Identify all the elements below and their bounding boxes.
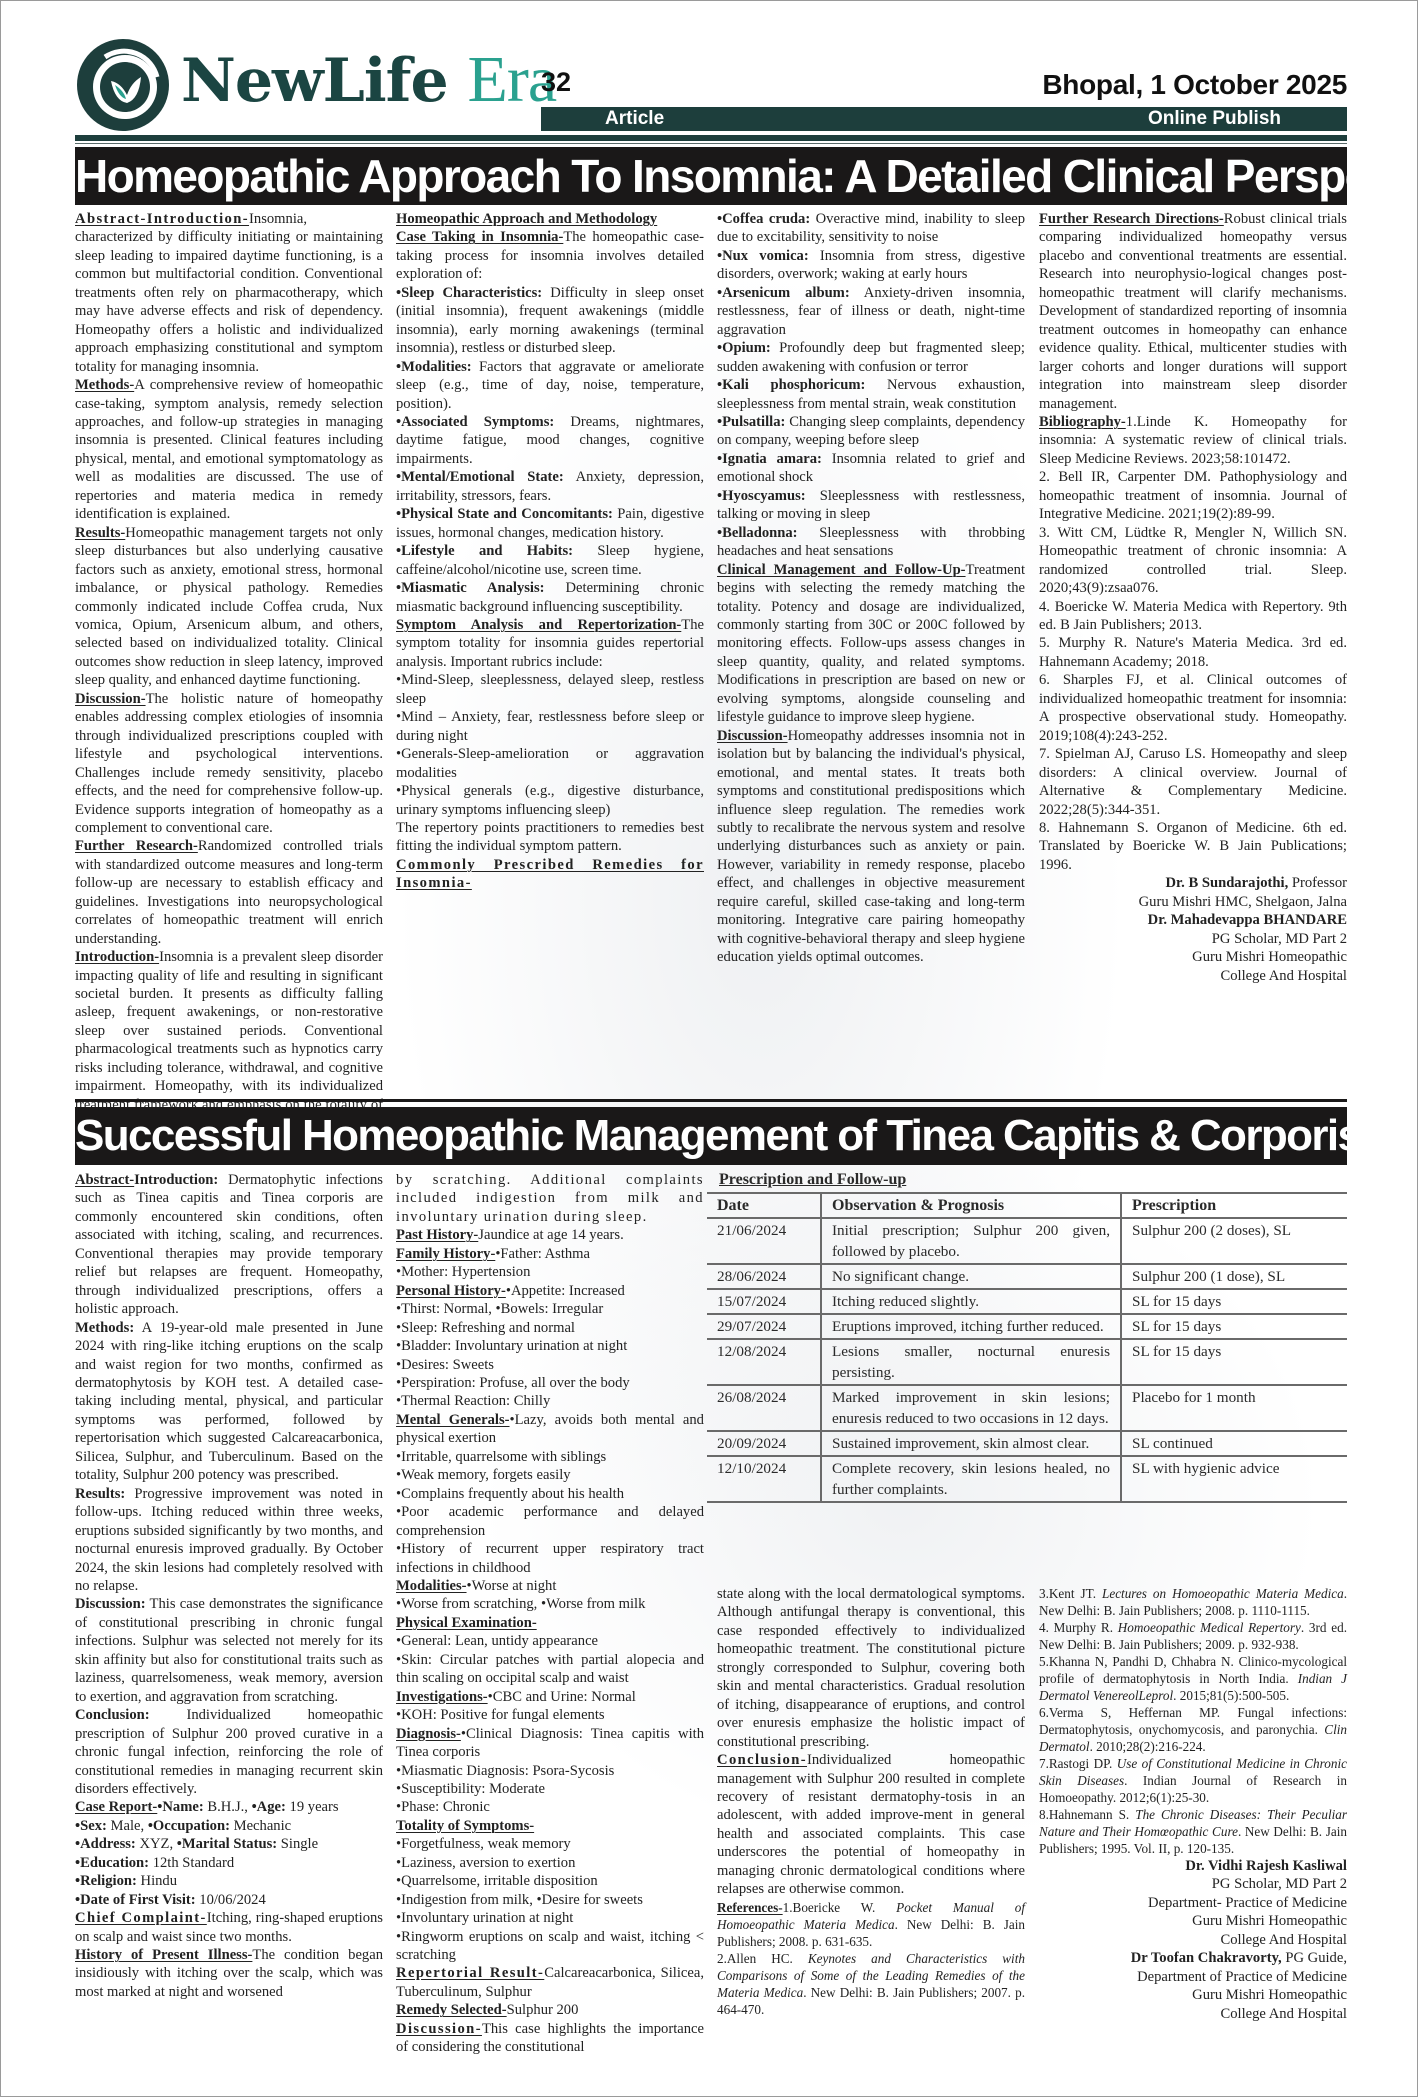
list-item: •History of recurrent upper respiratory … [396, 1540, 704, 1577]
item-label: •Sleep Characteristics: [396, 285, 542, 301]
list-item: 4. Boericke W. Materia Medica with Reper… [1039, 598, 1347, 635]
section: Modalities-•Worse at night [396, 1577, 704, 1595]
further-research-heading: Further Research- [75, 838, 198, 854]
article-separator [75, 1099, 1347, 1102]
discussion2-continued: state along with the local dermatologica… [717, 1585, 1025, 1751]
references-list-continued: 3.Kent JT. Lectures on Homoeopathic Mate… [1039, 1585, 1347, 1857]
list-item: •Hyoscyamus: Sleeplessness with restless… [717, 487, 1025, 524]
table-row: 21/06/2024Initial prescription; Sulphur … [707, 1218, 1347, 1264]
conclusion2-heading: Conclusion- [717, 1752, 807, 1768]
field-value: Mechanic [230, 1818, 291, 1834]
ref-text: 4. Murphy R. [1039, 1620, 1118, 1635]
field-label: •Address: [75, 1836, 136, 1852]
item-label: •Belladonna: [717, 525, 798, 541]
table-row: 29/07/2024Eruptions improved, itching fu… [707, 1314, 1347, 1339]
masthead-rule [75, 135, 1347, 141]
author-line: College And Hospital [1039, 2005, 1347, 2023]
hpi-continued: by scratching. Additional complaints inc… [396, 1171, 704, 1226]
article2-column-1: Abstract-Introduction: Dermatophytic inf… [75, 1171, 383, 2001]
references-heading: References- [717, 1900, 783, 1915]
cell-date: 28/06/2024 [707, 1264, 821, 1289]
reference-item: 2.Allen HC. Keynotes and Characteristics… [717, 1950, 1025, 2018]
article1-column-1: Abstract-Introduction-Insomnia, characte… [75, 210, 383, 1151]
list-item: •Opium: Profoundly deep but fragmented s… [717, 339, 1025, 376]
ref-text: 2.Allen HC. [717, 1951, 808, 1966]
author-role: PG Scholar, MD Part 2 [1212, 1876, 1347, 1892]
author-line: Dr. B Sundarajothi, Professor [1039, 874, 1347, 892]
cell-observation: Complete recovery, skin lesions healed, … [821, 1456, 1121, 1502]
cell-prescription: Sulphur 200 (2 doses), SL [1121, 1218, 1347, 1264]
author-role: College And Hospital [1221, 968, 1347, 984]
ref-text: . 2015;81(5):500-505. [1173, 1688, 1289, 1703]
item-label: •Miasmatic Analysis: [396, 580, 545, 596]
list-item: •Phase: Chronic [396, 1798, 704, 1816]
results-heading: Results- [75, 525, 125, 541]
author-name: Dr. B Sundarajothi, [1165, 875, 1288, 891]
section: Mental Generals-•Lazy, avoids both menta… [396, 1411, 704, 1448]
reference-item: 4. Murphy R. Homoeopathic Medical Repert… [1039, 1619, 1347, 1653]
author-role: Guru Mishri HMC, Shelgaon, Jalna [1139, 894, 1347, 910]
ref-text: 8.Hahnemann S. [1039, 1807, 1135, 1822]
section-heading: Family History- [396, 1246, 495, 1262]
cell-prescription: SL for 15 days [1121, 1339, 1347, 1385]
prescription-table: Date Observation & Prognosis Prescriptio… [707, 1192, 1347, 1503]
list-item: •Coffea cruda: Overactive mind, inabilit… [717, 210, 1025, 247]
case-field-row: •Education: 12th Standard [75, 1854, 383, 1872]
section: Diagnosis-•Clinical Diagnosis: Tinea cap… [396, 1725, 704, 1762]
cell-date: 12/08/2024 [707, 1339, 821, 1385]
list-item: •Ringworm eruptions on scalp and waist, … [396, 1928, 704, 1965]
author-role: College And Hospital [1221, 2006, 1347, 2022]
cell-date: 21/06/2024 [707, 1218, 821, 1264]
author-name: Dr Toofan Chakravorty, [1131, 1950, 1282, 1966]
list-item: •Indigestion from milk, •Desire for swee… [396, 1891, 704, 1909]
case-field-row: •Religion: Hindu [75, 1872, 383, 1890]
list-item: •Belladonna: Sleeplessness with throbbin… [717, 524, 1025, 561]
future-research-heading: Further Research Directions- [1039, 211, 1224, 227]
brand-main: NewLife [181, 46, 448, 116]
list-item: •Desires: Sweets [396, 1356, 704, 1374]
author-role: Guru Mishri Homeopathic [1192, 1987, 1347, 2003]
section: Repertorial Result-Calcareacarbonica, Si… [396, 1964, 704, 2001]
item-label: •Lifestyle and Habits: [396, 543, 573, 559]
list-item: •Nux vomica: Insomnia from stress, diges… [717, 247, 1025, 284]
methods-text: A 19-year-old male presented in June 202… [75, 1320, 383, 1484]
author-line: Dr Toofan Chakravorty, PG Guide, [1039, 1949, 1347, 1967]
list-item: 2. Bell IR, Carpenter DM. Pathophysiolog… [1039, 468, 1347, 523]
bibliography-heading: Bibliography- [1039, 414, 1126, 430]
list-item: •Poor academic performance and delayed c… [396, 1503, 704, 1540]
header-prescription: Prescription [1121, 1193, 1347, 1218]
list-item: •Forgetfulness, weak memory [396, 1835, 704, 1853]
list-item: •Laziness, aversion to exertion [396, 1854, 704, 1872]
field-label: •Age: [252, 1799, 286, 1815]
article2-column-2: by scratching. Additional complaints inc… [396, 1171, 704, 2057]
list-item: •Miasmatic Diagnosis: Psora-Sycosis [396, 1762, 704, 1780]
chief-complaint-heading: Chief Complaint- [75, 1910, 207, 1926]
author-role: Department- Practice of Medicine [1148, 1895, 1347, 1911]
author-name: Dr. Mahadevappa BHANDARE [1148, 912, 1347, 928]
list-item: •Associated Symptoms: Dreams, nightmares… [396, 413, 704, 468]
item-label: •Hyoscyamus: [717, 488, 806, 504]
introduction-label: Introduction: [134, 1172, 218, 1188]
cell-prescription: SL for 15 days [1121, 1314, 1347, 1339]
list-item: •KOH: Positive for fungal elements [396, 1706, 704, 1724]
newspaper-page: NewLife Era 32 Bhopal, 1 October 2025 Ar… [0, 0, 1418, 2097]
author-role: Guru Mishri Homeopathic [1192, 949, 1347, 965]
author-role: PG Guide, [1282, 1950, 1347, 1966]
author-name: Dr. Vidhi Rajesh Kasliwal [1185, 1858, 1347, 1874]
author-role: Guru Mishri Homeopathic [1192, 1913, 1347, 1929]
item-label: •Arsenicum album: [717, 285, 850, 301]
cell-date: 15/07/2024 [707, 1289, 821, 1314]
cell-date: 12/10/2024 [707, 1456, 821, 1502]
article1-title: Homeopathic Approach To Insomnia: A Deta… [75, 147, 1347, 205]
discussion2-text: Homeopathy addresses insomnia not in iso… [717, 728, 1025, 965]
case-field-row: •Address: XYZ, •Marital Status: Single [75, 1835, 383, 1853]
section-text: •Appetite: Increased [506, 1283, 625, 1299]
symptom-analysis-heading: Symptom Analysis and Repertorization- [396, 617, 681, 633]
dateline: Bhopal, 1 October 2025 [1042, 69, 1347, 101]
cell-prescription: Placebo for 1 month [1121, 1385, 1347, 1431]
author-role: College And Hospital [1221, 1932, 1347, 1948]
newlife-logo-icon [75, 37, 171, 133]
section: Totality of Symptoms- [396, 1817, 704, 1835]
item-label: •Kali phosphoricum: [717, 377, 865, 393]
article1-column-2: Homeopathic Approach and Methodology Cas… [396, 210, 704, 893]
section: Physical Examination- [396, 1614, 704, 1632]
reference-item: 3.Kent JT. Lectures on Homoeopathic Mate… [1039, 1585, 1347, 1619]
table-row: 12/10/2024Complete recovery, skin lesion… [707, 1456, 1347, 1502]
list-item: •Lifestyle and Habits: Sleep hygiene, ca… [396, 542, 704, 579]
author-role: Professor [1288, 875, 1347, 891]
reference-item: 6.Verma S, Heffernan MP. Fungal infectio… [1039, 1704, 1347, 1755]
section-heading: Mental Generals- [396, 1412, 510, 1428]
reference-item: 8.Hahnemann S. The Chronic Diseases: The… [1039, 1806, 1347, 1857]
discussion-text: The holistic nature of homeopathy enable… [75, 691, 383, 836]
author-line: College And Hospital [1039, 967, 1347, 985]
field-label: •Sex: [75, 1818, 107, 1834]
author-line: PG Scholar, MD Part 2 [1039, 1875, 1347, 1893]
further-research-text: Randomized controlled trials with standa… [75, 838, 383, 946]
article1-column-3: •Coffea cruda: Overactive mind, inabilit… [717, 210, 1025, 967]
case-taking-list: •Sleep Characteristics: Difficulty in sl… [396, 284, 704, 616]
section-heading: Diagnosis- [396, 1726, 461, 1742]
author-line: Guru Mishri Homeopathic [1039, 948, 1347, 966]
article1-column-4: Further Research Directions-Robust clini… [1039, 210, 1347, 985]
field-label: •Name: [157, 1799, 203, 1815]
author-role: Department of Practice of Medicine [1137, 1969, 1347, 1985]
brand-wordmark: NewLife Era [181, 47, 556, 113]
list-item: •Thermal Reaction: Chilly [396, 1392, 704, 1410]
author-line: Guru Mishri Homeopathic [1039, 1912, 1347, 1930]
bibliography-list: 2. Bell IR, Carpenter DM. Pathophysiolog… [1039, 468, 1347, 874]
article1-authors: Dr. B Sundarajothi, ProfessorGuru Mishri… [1039, 874, 1347, 985]
item-label: •Modalities: [396, 359, 472, 375]
abstract-heading: Abstract-Introduction- [75, 211, 249, 227]
list-item: 8. Hahnemann S. Organon of Medicine. 6th… [1039, 819, 1347, 874]
ref-text: . 2010;28(2):216-224. [1090, 1739, 1206, 1754]
section-heading: Personal History- [396, 1283, 506, 1299]
list-item: •Ignatia amara: Insomnia related to grie… [717, 450, 1025, 487]
item-label: •Pulsatilla: [717, 414, 785, 430]
field-label: •Occupation: [148, 1818, 230, 1834]
cell-observation: Eruptions improved, itching further redu… [821, 1314, 1121, 1339]
publish-label: Online Publish [1148, 107, 1281, 131]
list-item: •Kali phosphoricum: Nervous exhaustion, … [717, 376, 1025, 413]
header-date: Date [707, 1193, 821, 1218]
reference-item: References-1.Boericke W. Pocket Manual o… [717, 1899, 1025, 1950]
section: Investigations-•CBC and Urine: Normal [396, 1688, 704, 1706]
list-item: •Sleep Characteristics: Difficulty in sl… [396, 284, 704, 358]
ref-text: 6.Verma S, Heffernan MP. Fungal infectio… [1039, 1705, 1347, 1737]
hpi-heading: History of Present Illness- [75, 1947, 252, 1963]
list-item: •Mother: Hypertension [396, 1263, 704, 1281]
author-line: Dr. Mahadevappa BHANDARE [1039, 911, 1347, 929]
list-item: •Quarrelsome, irritable disposition [396, 1872, 704, 1890]
author-line: Guru Mishri HMC, Shelgaon, Jalna [1039, 893, 1347, 911]
ref-text: 1.Boericke W. [783, 1900, 896, 1915]
abstract-text: Dermatophytic infections such as Tinea c… [75, 1172, 383, 1317]
prescription-table-block: Prescription and Follow-up Date Observat… [707, 1169, 1347, 1503]
section-text: Sulphur 200 [507, 2002, 579, 2018]
list-item: •Mind – Anxiety, fear, restlessness befo… [396, 708, 704, 745]
list-item: •Thirst: Normal, •Bowels: Irregular [396, 1300, 704, 1318]
section-text: Jaundice at age 14 years. [478, 1227, 623, 1243]
field-value: XYZ, [136, 1836, 177, 1852]
section-text: •Worse at night [467, 1578, 557, 1594]
field-value: Hindu [137, 1873, 177, 1889]
table-row: 15/07/2024Itching reduced slightly.SL fo… [707, 1289, 1347, 1314]
page-number: 32 [541, 67, 571, 98]
list-item: 6. Sharples FJ, et al. Clinical outcomes… [1039, 671, 1347, 745]
section-heading: Past History- [396, 1227, 478, 1243]
section-heading: Remedy Selected- [396, 2002, 507, 2018]
introduction-heading: Introduction- [75, 949, 159, 965]
cell-prescription: SL continued [1121, 1431, 1347, 1456]
cell-prescription: SL with hygienic advice [1121, 1456, 1347, 1502]
table-row: 20/09/2024Sustained improvement, skin al… [707, 1431, 1347, 1456]
cell-observation: Sustained improvement, skin almost clear… [821, 1431, 1121, 1456]
ref-title: Homoeopathic Medical Repertory [1118, 1620, 1301, 1635]
methods-heading: Methods- [75, 377, 134, 393]
case-report-fields: Case Report-•Name: B.H.J., •Age: 19 year… [75, 1798, 383, 1909]
cell-observation: Marked improvement in skin lesions; enur… [821, 1385, 1121, 1431]
article2-title: Successful Homeopathic Management of Tin… [75, 1107, 1347, 1165]
author-role: PG Scholar, MD Part 2 [1212, 931, 1347, 947]
methods-text: A comprehensive review of homeopathic ca… [75, 377, 383, 522]
field-label: •Education: [75, 1855, 149, 1871]
results-text: Homeopathic management targets not only … [75, 525, 383, 689]
list-item: •Modalities: Factors that aggravate or a… [396, 358, 704, 413]
author-line: Guru Mishri Homeopathic [1039, 1986, 1347, 2004]
section: Personal History-•Appetite: Increased [396, 1282, 704, 1300]
section: Remedy Selected-Sulphur 200 [396, 2001, 704, 2019]
discussion-text: This case demonstrates the significance … [75, 1596, 383, 1704]
section: Discussion-This case highlights the impo… [396, 2020, 704, 2057]
clinical-management-heading: Clinical Management and Follow-Up- [717, 562, 966, 578]
section: Family History-•Father: Asthma [396, 1245, 704, 1263]
author-line: Department- Practice of Medicine [1039, 1894, 1347, 1912]
section-heading: Physical Examination- [396, 1615, 537, 1631]
field-label: •Date of First Visit: [75, 1892, 196, 1908]
cell-prescription: Sulphur 200 (1 dose), SL [1121, 1264, 1347, 1289]
rubrics-list: •Mind-Sleep, sleeplessness, delayed slee… [396, 671, 704, 819]
clinical-management-text: Treatment begins with selecting the reme… [717, 562, 1025, 726]
list-item: 7. Spielman AJ, Caruso LS. Homeopathy an… [1039, 745, 1347, 819]
section: Past History-Jaundice at age 14 years. [396, 1226, 704, 1244]
list-item: •Weak memory, forgets easily [396, 1466, 704, 1484]
author-line: College And Hospital [1039, 1931, 1347, 1949]
remedies-heading: Commonly Prescribed Remedies for Insomni… [396, 857, 704, 891]
list-item: 3. Witt CM, Lüdtke R, Mengler N, Willich… [1039, 524, 1347, 598]
cell-prescription: SL for 15 days [1121, 1289, 1347, 1314]
ref-title: Lectures on Homoeopathic Materia Medica [1102, 1586, 1344, 1601]
field-value: 10/06/2024 [196, 1892, 266, 1908]
item-label: •Opium: [717, 340, 771, 356]
case-field-row: Case Report-•Name: B.H.J., •Age: 19 year… [75, 1798, 383, 1816]
ref-text: 7.Rastogi DP. [1039, 1756, 1117, 1771]
discussion2-heading: Discussion- [717, 728, 788, 744]
field-label: •Marital Status: [177, 1836, 277, 1852]
field-value: B.H.J., [204, 1799, 252, 1815]
author-line: Department of Practice of Medicine [1039, 1968, 1347, 1986]
article2-column-4: 3.Kent JT. Lectures on Homoeopathic Mate… [1039, 1585, 1347, 2023]
list-item: •Generals-Sleep-amelioration or aggravat… [396, 745, 704, 782]
cell-date: 26/08/2024 [707, 1385, 821, 1431]
abstract-text: Insomnia, characterized by difficulty in… [75, 211, 383, 375]
item-label: •Physical State and Concomitants: [396, 506, 613, 522]
case-report-heading: Case Report- [75, 1799, 157, 1815]
list-item: •Bladder: Involuntary urination at night [396, 1337, 704, 1355]
item-label: •Nux vomica: [717, 248, 809, 264]
list-item: •Irritable, quarrelsome with siblings [396, 1448, 704, 1466]
list-item: •Involuntary urination at night [396, 1909, 704, 1927]
list-item: •Mental/Emotional State: Anxiety, depres… [396, 468, 704, 505]
list-item: •Worse from scratching, •Worse from milk [396, 1595, 704, 1613]
cell-date: 20/09/2024 [707, 1431, 821, 1456]
repertory-note: The repertory points practitioners to re… [396, 819, 704, 856]
section-heading: Discussion- [396, 2021, 482, 2037]
field-value: Single [277, 1836, 318, 1852]
list-item: •Perspiration: Profuse, all over the bod… [396, 1374, 704, 1392]
item-label: •Coffea cruda: [717, 211, 810, 227]
cell-date: 29/07/2024 [707, 1314, 821, 1339]
conclusion2-text: Individualized homeopathic management wi… [717, 1752, 1025, 1897]
list-item: •Mind-Sleep, sleeplessness, delayed slee… [396, 671, 704, 708]
case-field-row: •Sex: Male, •Occupation: Mechanic [75, 1817, 383, 1835]
field-value: 12th Standard [149, 1855, 234, 1871]
table-row: 26/08/2024Marked improvement in skin les… [707, 1385, 1347, 1431]
cell-observation: Initial prescription; Sulphur 200 given,… [821, 1218, 1121, 1264]
references-list: References-1.Boericke W. Pocket Manual o… [717, 1899, 1025, 2018]
article2-authors: Dr. Vidhi Rajesh KasliwalPG Scholar, MD … [1039, 1857, 1347, 2023]
case-field-row: •Date of First Visit: 10/06/2024 [75, 1891, 383, 1909]
header-observation: Observation & Prognosis [821, 1193, 1121, 1218]
section-heading: Repertorial Result- [396, 1965, 544, 1981]
item-label: •Mental/Emotional State: [396, 469, 564, 485]
list-item: •Miasmatic Analysis: Determining chronic… [396, 579, 704, 616]
list-item: •Susceptibility: Moderate [396, 1780, 704, 1798]
conclusion-label: Conclusion: [75, 1707, 150, 1723]
table-row: 28/06/2024No significant change.Sulphur … [707, 1264, 1347, 1289]
remedies-list: •Coffea cruda: Overactive mind, inabilit… [717, 210, 1025, 561]
discussion-label: Discussion: [75, 1596, 146, 1612]
article2-column-3: state along with the local dermatologica… [717, 1585, 1025, 2018]
prescription-table-title: Prescription and Follow-up [719, 1169, 1347, 1190]
table-row: 12/08/2024Lesions smaller, nocturnal enu… [707, 1339, 1347, 1385]
approach-heading: Homeopathic Approach and Methodology [396, 211, 657, 227]
list-item: •Skin: Circular patches with partial alo… [396, 1651, 704, 1688]
field-label: •Religion: [75, 1873, 137, 1889]
section-bar: Article Online Publish [541, 107, 1347, 131]
results-label: Results: [75, 1486, 125, 1502]
methods-label: Methods: [75, 1320, 134, 1336]
section-heading: Investigations- [396, 1689, 488, 1705]
masthead-rule-thin [75, 143, 1347, 144]
discussion-heading: Discussion- [75, 691, 146, 707]
list-item: •Physical generals (e.g., digestive dist… [396, 782, 704, 819]
ref-text: 3.Kent JT. [1039, 1586, 1102, 1601]
section-heading: Totality of Symptoms- [396, 1818, 534, 1834]
reference-item: 5.Khanna N, Pandhi D, Chhabra N. Clinico… [1039, 1653, 1347, 1704]
section-label: Article [605, 107, 664, 131]
list-item: •Sleep: Refreshing and normal [396, 1319, 704, 1337]
item-label: •Ignatia amara: [717, 451, 822, 467]
list-item: 5. Murphy R. Nature's Materia Medica. 3r… [1039, 634, 1347, 671]
field-value: Male, [107, 1818, 148, 1834]
list-item: •Pulsatilla: Changing sleep complaints, … [717, 413, 1025, 450]
cell-observation: No significant change. [821, 1264, 1121, 1289]
cell-observation: Lesions smaller, nocturnal enuresis pers… [821, 1339, 1121, 1385]
table-header-row: Date Observation & Prognosis Prescriptio… [707, 1193, 1347, 1218]
item-label: •Associated Symptoms: [396, 414, 554, 430]
masthead: NewLife Era 32 Bhopal, 1 October 2025 Ar… [75, 37, 1347, 137]
section-heading: Modalities- [396, 1578, 467, 1594]
case-taking-heading: Case Taking in Insomnia- [396, 229, 563, 245]
field-value: 19 years [286, 1799, 339, 1815]
list-item: •Complains frequently about his health [396, 1485, 704, 1503]
cell-observation: Itching reduced slightly. [821, 1289, 1121, 1314]
list-item: •Arsenicum album: Anxiety-driven insomni… [717, 284, 1025, 339]
future-research-text: Robust clinical trials comparing individ… [1039, 211, 1347, 412]
reference-item: 7.Rastogi DP. Use of Constitutional Medi… [1039, 1755, 1347, 1806]
author-line: PG Scholar, MD Part 2 [1039, 930, 1347, 948]
section-text: •Father: Asthma [495, 1246, 590, 1262]
abstract-heading: Abstract- [75, 1172, 134, 1188]
list-item: •Physical State and Concomitants: Pain, … [396, 505, 704, 542]
list-item: •General: Lean, untidy appearance [396, 1632, 704, 1650]
section-text: •CBC and Urine: Normal [488, 1689, 636, 1705]
author-line: Dr. Vidhi Rajesh Kasliwal [1039, 1857, 1347, 1875]
